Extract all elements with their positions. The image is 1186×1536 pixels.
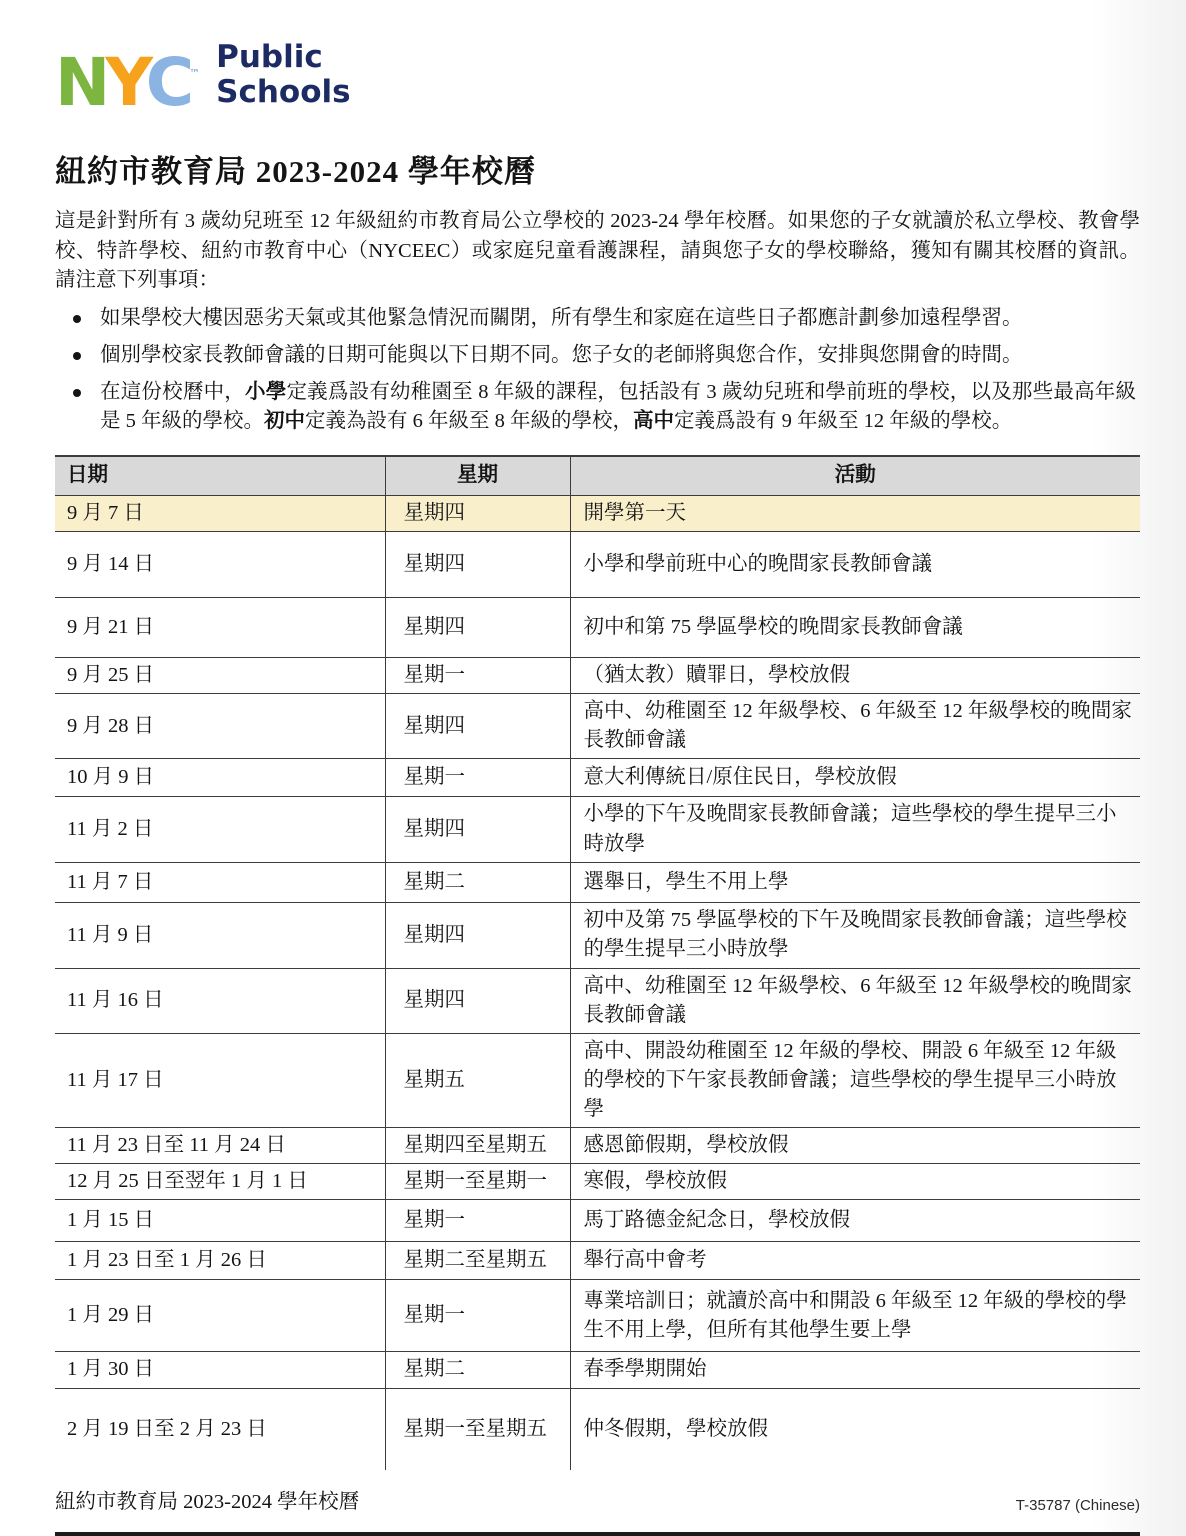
date-cell: 11 月 17 日 [55,1033,385,1127]
table-row: 1 月 15 日星期一馬丁路德金紀念日，學校放假 [55,1200,1140,1242]
day-cell: 星期一 [385,1200,570,1242]
activity-cell: 仲冬假期，學校放假 [570,1388,1140,1470]
day-cell: 星期四 [385,496,570,532]
logo-wordmark: Public Schools [216,36,350,110]
column-header-day: 星期 [385,456,570,496]
date-cell: 1 月 30 日 [55,1352,385,1388]
activity-cell: 高中、幼稚園至 12 年級學校、6 年級至 12 年級學校的晚間家長教師會議 [570,694,1140,759]
bullet-text: 定義爲設有 9 年級至 12 年級的學校。 [674,410,1012,432]
table-row: 11 月 9 日星期四初中及第 75 學區學校的下午及晚間家長教師會議；這些學校… [55,902,1140,968]
table-row: 11 月 7 日星期二選舉日，學生不用上學 [55,862,1140,902]
day-cell: 星期一 [385,1280,570,1352]
activity-cell: 小學的下午及晚間家長教師會議；這些學校的學生提早三小時放學 [570,797,1140,862]
nyc-public-schools-logo: NYC™ Public Schools [55,36,1140,122]
day-cell: 星期四 [385,532,570,598]
page-title: 紐約市教育局 2023-2024 學年校曆 [55,146,1140,191]
day-cell: 星期一至星期五 [385,1388,570,1470]
bullet-text: 定義為設有 6 年級至 8 年級的學校， [305,410,633,432]
bullet-text-bold: 高中 [633,410,674,432]
table-row: 1 月 29 日星期一專業培訓日；就讀於高中和開設 6 年級至 12 年級的學校… [55,1280,1140,1352]
logo-letter: Y [105,44,145,121]
calendar-table: 日期 星期 活動 9 月 7 日星期四開學第一天9 月 14 日星期四小學和學前… [55,455,1140,1470]
logo-wordmark-line2: Schools [216,74,350,110]
date-cell: 1 月 15 日 [55,1200,385,1242]
bullet-text-bold: 小學 [245,381,286,403]
day-cell: 星期一 [385,658,570,694]
bullet-text: 個別學校家長教師會議的日期可能與以下日期不同。您子女的老師將與您合作，安排與您開… [100,344,1023,366]
activity-cell: 專業培訓日；就讀於高中和開設 6 年級至 12 年級的學校的學生不用上學，但所有… [570,1280,1140,1352]
footer-document-code: T-35787 (Chinese) [1016,1497,1140,1514]
date-cell: 11 月 2 日 [55,797,385,862]
table-row: 1 月 30 日星期二春季學期開始 [55,1352,1140,1388]
bottom-page-rule [55,1532,1140,1536]
day-cell: 星期四 [385,694,570,759]
activity-cell: （猶太教）贖罪日，學校放假 [570,658,1140,694]
bullet-item: 在這份校曆中，小學定義爲設有幼稚園至 8 年級的課程，包括設有 3 歲幼兒班和學… [100,378,1136,437]
bullet-item: 個別學校家長教師會議的日期可能與以下日期不同。您子女的老師將與您合作，安排與您開… [100,341,1136,371]
activity-cell: 高中、幼稚園至 12 年級學校、6 年級至 12 年級學校的晚間家長教師會議 [570,968,1140,1033]
activity-cell: 舉行高中會考 [570,1242,1140,1280]
trademark-symbol: ™ [189,67,200,80]
date-cell: 9 月 21 日 [55,598,385,658]
day-cell: 星期四 [385,902,570,968]
activity-cell: 開學第一天 [570,496,1140,532]
table-row: 10 月 9 日星期一意大利傳統日/原住民日，學校放假 [55,759,1140,797]
table-row: 9 月 28 日星期四高中、幼稚園至 12 年級學校、6 年級至 12 年級學校… [55,694,1140,759]
logo-wordmark-line1: Public [216,39,323,75]
activity-cell: 春季學期開始 [570,1352,1140,1388]
page-footer: 紐約市教育局 2023-2024 學年校曆 T-35787 (Chinese) [55,1484,1140,1514]
day-cell: 星期二 [385,1352,570,1388]
table-row: 11 月 17 日星期五高中、開設幼稚園至 12 年級的學校、開設 6 年級至 … [55,1033,1140,1127]
date-cell: 9 月 7 日 [55,496,385,532]
date-cell: 2 月 19 日至 2 月 23 日 [55,1388,385,1470]
day-cell: 星期四至星期五 [385,1128,570,1164]
activity-cell: 小學和學前班中心的晚間家長教師會議 [570,532,1140,598]
footer-document-title: 紐約市教育局 2023-2024 學年校曆 [55,1484,359,1514]
table-row: 9 月 14 日星期四小學和學前班中心的晚間家長教師會議 [55,532,1140,598]
table-row: 9 月 21 日星期四初中和第 75 學區學校的晚間家長教師會議 [55,598,1140,658]
table-row: 2 月 19 日至 2 月 23 日星期一至星期五仲冬假期，學校放假 [55,1388,1140,1470]
date-cell: 1 月 23 日至 1 月 26 日 [55,1242,385,1280]
calendar-table-header: 日期 星期 活動 [55,456,1140,496]
activity-cell: 寒假，學校放假 [570,1164,1140,1200]
day-cell: 星期二 [385,862,570,902]
activity-cell: 感恩節假期，學校放假 [570,1128,1140,1164]
activity-cell: 馬丁路德金紀念日，學校放假 [570,1200,1140,1242]
date-cell: 11 月 9 日 [55,902,385,968]
day-cell: 星期四 [385,598,570,658]
day-cell: 星期一至星期一 [385,1164,570,1200]
bullet-item: 如果學校大樓因惡劣天氣或其他緊急情況而關閉，所有學生和家庭在這些日子都應計劃參加… [100,304,1136,334]
day-cell: 星期二至星期五 [385,1242,570,1280]
day-cell: 星期一 [385,759,570,797]
day-cell: 星期四 [385,968,570,1033]
table-row: 11 月 2 日星期四小學的下午及晚間家長教師會議；這些學校的學生提早三小時放學 [55,797,1140,862]
date-cell: 10 月 9 日 [55,759,385,797]
intro-paragraph: 這是針對所有 3 歲幼兒班至 12 年級紐約市教育局公立學校的 2023-24 … [55,207,1140,296]
bullet-text-bold: 初中 [264,410,305,432]
day-cell: 星期四 [385,797,570,862]
table-row: 9 月 7 日星期四開學第一天 [55,496,1140,532]
table-row: 11 月 23 日至 11 月 24 日星期四至星期五感恩節假期，學校放假 [55,1128,1140,1164]
day-cell: 星期五 [385,1033,570,1127]
activity-cell: 初中和第 75 學區學校的晚間家長教師會議 [570,598,1140,658]
column-header-date: 日期 [55,456,385,496]
logo-letter: N [55,44,105,121]
table-row: 1 月 23 日至 1 月 26 日星期二至星期五舉行高中會考 [55,1242,1140,1280]
date-cell: 11 月 7 日 [55,862,385,902]
table-row: 9 月 25 日星期一（猶太教）贖罪日，學校放假 [55,658,1140,694]
activity-cell: 意大利傳統日/原住民日，學校放假 [570,759,1140,797]
document-page: NYC™ Public Schools 紐約市教育局 2023-2024 學年校… [0,0,1186,1514]
date-cell: 11 月 23 日至 11 月 24 日 [55,1128,385,1164]
activity-cell: 選舉日，學生不用上學 [570,862,1140,902]
nyc-logo-letters: NYC™ [55,36,200,121]
intro-bullets: 如果學校大樓因惡劣天氣或其他緊急情況而關閉，所有學生和家庭在這些日子都應計劃參加… [55,304,1140,437]
activity-cell: 初中及第 75 學區學校的下午及晚間家長教師會議；這些學校的學生提早三小時放學 [570,902,1140,968]
table-row: 12 月 25 日至翌年 1 月 1 日星期一至星期一寒假，學校放假 [55,1164,1140,1200]
table-row: 11 月 16 日星期四高中、幼稚園至 12 年級學校、6 年級至 12 年級學… [55,968,1140,1033]
calendar-table-body: 9 月 7 日星期四開學第一天9 月 14 日星期四小學和學前班中心的晚間家長教… [55,496,1140,1471]
date-cell: 9 月 25 日 [55,658,385,694]
bullet-text: 在這份校曆中， [100,381,245,403]
date-cell: 9 月 14 日 [55,532,385,598]
column-header-activity: 活動 [570,456,1140,496]
date-cell: 9 月 28 日 [55,694,385,759]
date-cell: 12 月 25 日至翌年 1 月 1 日 [55,1164,385,1200]
activity-cell: 高中、開設幼稚園至 12 年級的學校、開設 6 年級至 12 年級的學校的下午家… [570,1033,1140,1127]
logo-letter: C [146,44,189,121]
bullet-text: 如果學校大樓因惡劣天氣或其他緊急情況而關閉，所有學生和家庭在這些日子都應計劃參加… [100,307,1023,329]
date-cell: 1 月 29 日 [55,1280,385,1352]
date-cell: 11 月 16 日 [55,968,385,1033]
